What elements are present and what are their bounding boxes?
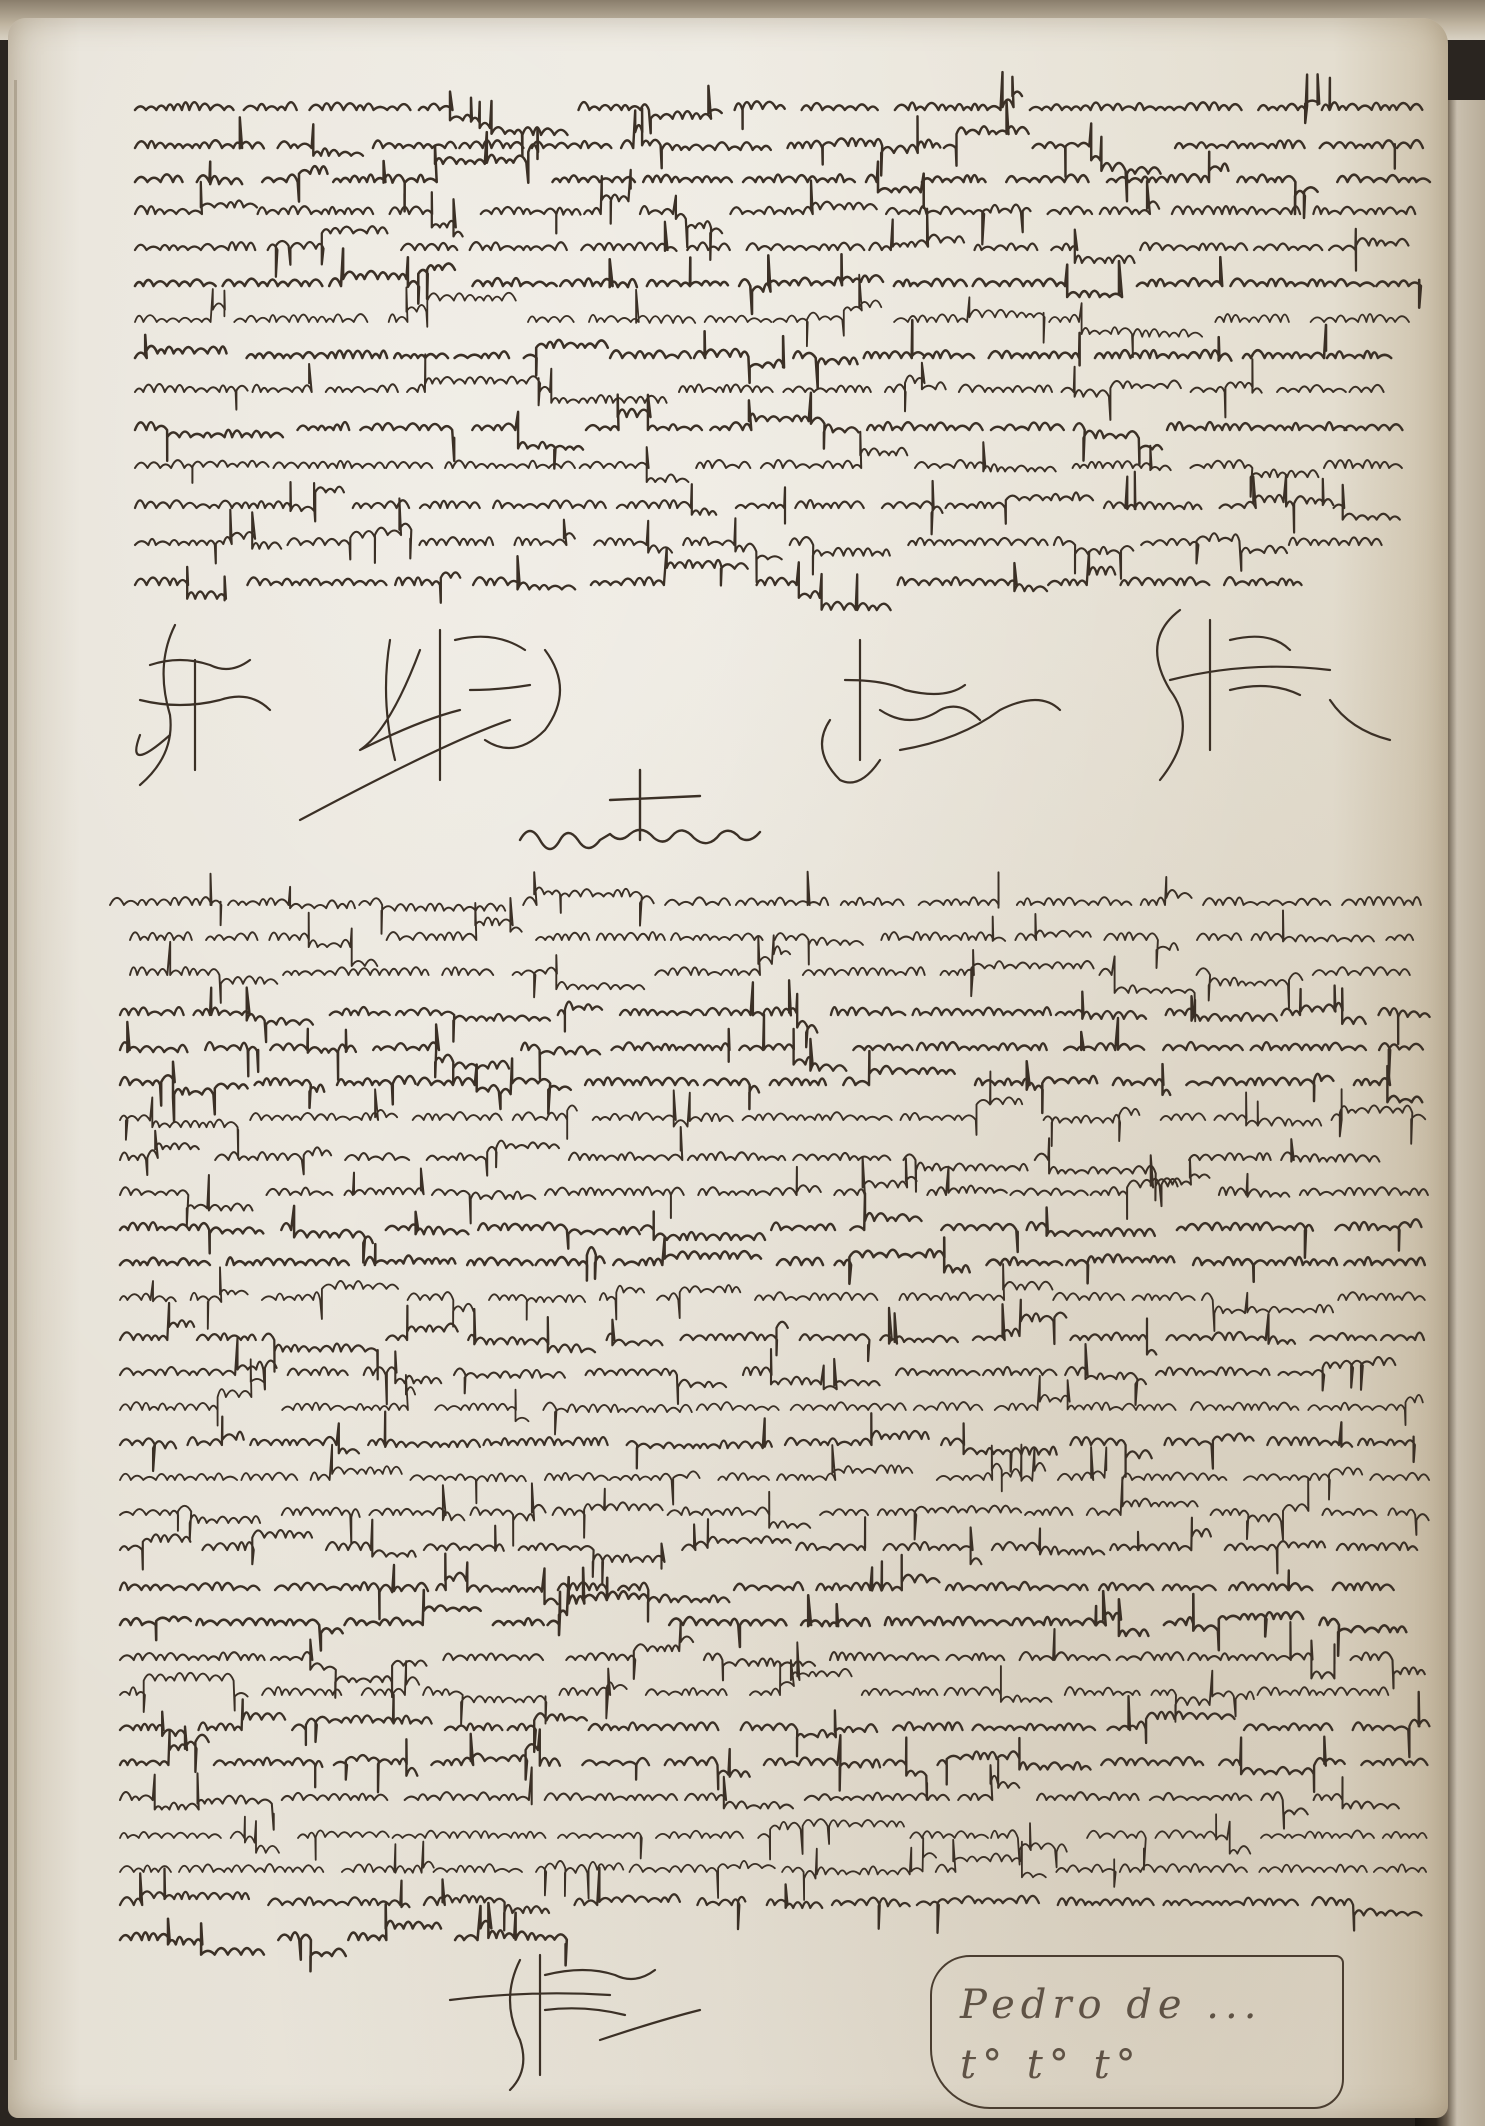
handwritten-line — [135, 498, 1382, 582]
handwritten-line — [130, 935, 1410, 1021]
handwritten-line — [120, 1014, 1423, 1082]
handwritten-line — [120, 1412, 1415, 1477]
handwritten-line — [135, 128, 1430, 218]
handwritten-line — [120, 1759, 1399, 1829]
boxed-signature-text: Pedro de ... t° t° t° — [960, 1975, 1262, 2095]
handwritten-line — [135, 209, 1408, 277]
handwritten-line — [110, 872, 1421, 934]
handwritten-line — [135, 393, 1402, 469]
signature-1 — [136, 625, 270, 785]
handwritten-line — [135, 432, 1402, 497]
handwritten-line — [120, 1478, 1429, 1546]
handwritten-line — [135, 101, 1423, 202]
handwritten-line — [135, 320, 1391, 388]
signatures-top — [136, 610, 1390, 820]
handwritten-line — [120, 1868, 1421, 1933]
handwritten-line — [120, 1072, 1425, 1159]
handwritten-line — [120, 1568, 1406, 1656]
handwritten-line — [120, 1193, 1421, 1262]
handwritten-line — [120, 1051, 1422, 1122]
body-text-block — [110, 872, 1430, 1972]
handwritten-line — [120, 980, 1430, 1047]
handwritten-line — [120, 1155, 1428, 1226]
signature-3 — [822, 640, 1060, 783]
handwritten-line — [135, 472, 1400, 535]
handwritten-line — [120, 1264, 1425, 1331]
handwritten-line — [135, 548, 1301, 610]
handwritten-line — [120, 1445, 1429, 1505]
signature-4 — [1157, 610, 1390, 780]
signature-5 — [450, 1955, 700, 2090]
handwriting-layer — [0, 0, 1485, 2126]
signature-2 — [300, 630, 560, 820]
handwritten-line — [120, 1554, 1394, 1622]
handwritten-line — [120, 1814, 1427, 1869]
handwritten-line — [120, 1238, 1425, 1284]
top-text-block — [135, 72, 1430, 610]
signatures-bottom — [450, 1955, 700, 2090]
handwritten-line — [120, 1903, 567, 1971]
handwritten-line — [120, 1692, 1429, 1757]
handwritten-line — [120, 1621, 1425, 1698]
section-heading — [520, 770, 760, 849]
handwritten-line — [135, 249, 1421, 315]
